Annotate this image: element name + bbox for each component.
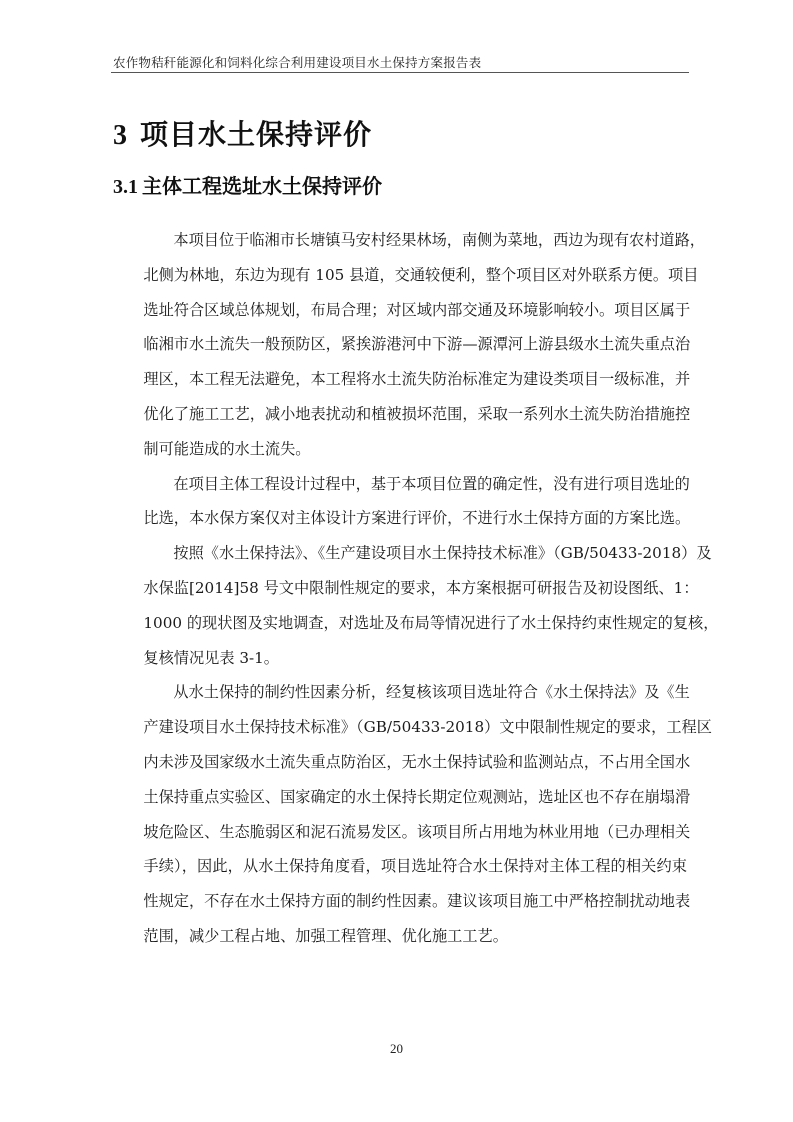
paragraph-site-selection: 在项目主体工程设计过程中，基于本项目位置的确定性，没有进行项目选址的 比选，本水… [113,467,687,537]
text-line: 优化了施工工艺，减小地表扰动和植被损坏范围，采取一系列水土流失防治措施控 [113,397,687,432]
text-line: 范围，减少工程占地、加强工程管理、优化施工工艺。 [113,919,687,954]
text-line: 制可能造成的水土流失。 [113,432,687,467]
page-header: 农作物秸秆能源化和饲料化综合利用建设项目水土保持方案报告表 [111,52,689,73]
text-line: 水保监[2014]58 号文中限制性规定的要求，本方案根据可研报告及初设图纸、1… [113,571,687,606]
text-line: 复核情况见表 3-1。 [113,641,687,676]
chapter-number: 3 [113,120,128,151]
text-line: 在项目主体工程设计过程中，基于本项目位置的确定性，没有进行项目选址的 [113,467,687,502]
chapter-title: 项目水土保持评价 [140,118,372,151]
section-heading: 3.1主体工程选址水土保持评价 [113,170,382,199]
text-line: 从水土保持的制约性因素分析，经复核该项目选址符合《水土保持法》及《生 [113,675,687,710]
text-line: 手续），因此，从水土保持角度看，项目选址符合水土保持对主体工程的相关约束 [113,849,687,884]
section-title: 主体工程选址水土保持评价 [142,174,382,198]
text-line: 内未涉及国家级水土流失重点防治区，无水土保持试验和监测站点，不占用全国水 [113,745,687,780]
chapter-heading: 3项目水土保持评价 [113,113,372,153]
text-line: 1000 的现状图及实地调查，对选址及布局等情况进行了水土保持约束性规定的复核， [113,606,687,641]
text-line: 本项目位于临湘市长塘镇马安村经果林场，南侧为菜地，西边为现有农村道路， [113,223,687,258]
paragraph-regulation-check: 按照《水土保持法》、《生产建设项目水土保持技术标准》（GB/50433-2018… [113,536,687,675]
section-number: 3.1 [113,176,138,198]
text-line: 选址符合区域总体规划，布局合理；对区域内部交通及环境影响较小。项目区属于 [113,293,687,328]
text-line: 理区，本工程无法避免，本工程将水土流失防治标准定为建设类项目一级标准，并 [113,362,687,397]
paragraph-constraint-analysis: 从水土保持的制约性因素分析，经复核该项目选址符合《水土保持法》及《生 产建设项目… [113,675,687,953]
text-line: 土保持重点实验区、国家确定的水土保持长期定位观测站，选址区也不存在崩塌滑 [113,780,687,815]
text-line: 坡危险区、生态脆弱区和泥石流易发区。该项目所占用地为林业用地（已办理相关 [113,815,687,850]
running-title: 农作物秸秆能源化和饲料化综合利用建设项目水土保持方案报告表 [113,53,481,71]
body-text: 本项目位于临湘市长塘镇马安村经果林场，南侧为菜地，西边为现有农村道路， 北侧为林… [113,223,687,954]
text-line: 北侧为林地，东边为现有 105 县道，交通较便利，整个项目区对外联系方便。项目 [113,258,687,293]
text-line: 按照《水土保持法》、《生产建设项目水土保持技术标准》（GB/50433-2018… [113,536,687,571]
text-line: 性规定，不存在水土保持方面的制约性因素。建议该项目施工中严格控制扰动地表 [113,884,687,919]
text-line: 产建设项目水土保持技术标准》（GB/50433-2018）文中限制性规定的要求，… [113,710,687,745]
paragraph-site-location: 本项目位于临湘市长塘镇马安村经果林场，南侧为菜地，西边为现有农村道路， 北侧为林… [113,223,687,467]
text-line: 比选，本水保方案仅对主体设计方案进行评价，不进行水土保持方面的方案比选。 [113,501,687,536]
text-line: 临湘市水土流失一般预防区，紧挨游港河中下游—源潭河上游县级水土流失重点治 [113,327,687,362]
page-number: 20 [0,1041,793,1057]
